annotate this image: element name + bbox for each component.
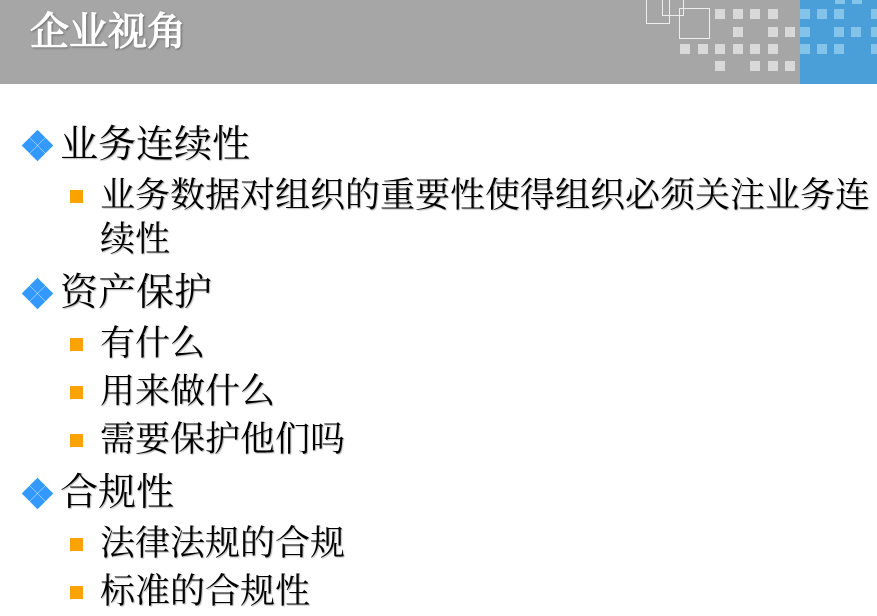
decor-square <box>768 61 778 71</box>
slide: 企业视角 <box>0 0 877 616</box>
decor-blue-block <box>800 0 877 84</box>
list-item-label: 需要保护他们吗 <box>100 418 877 462</box>
decor-square <box>733 44 743 54</box>
list-item-l2: 需要保护他们吗 <box>70 418 877 462</box>
list-item-l2: 用来做什么 <box>70 370 877 414</box>
decor-outline-square <box>662 0 684 16</box>
decor-square <box>715 9 725 19</box>
square-bullet-icon <box>70 522 100 566</box>
list-item-l1: 业务连续性 <box>24 120 877 170</box>
list-item-label: 有什么 <box>100 322 877 366</box>
decor-square <box>817 44 827 54</box>
square-bullet-icon <box>70 370 100 414</box>
list-item-label: 合规性 <box>60 468 877 518</box>
bullet-list: 业务连续性 业务数据对组织的重要性使得组织必须关注业务连续性 资产保护 有什么 … <box>0 84 877 614</box>
page-title: 企业视角 <box>30 7 186 59</box>
decor-square <box>715 44 725 54</box>
list-item-l2: 标准的合规性 <box>70 570 877 614</box>
decor-square <box>768 9 778 19</box>
decor-outline-square <box>679 8 710 39</box>
decor-square <box>835 0 845 4</box>
four-diamond-bullet-icon <box>24 120 60 170</box>
decor-square <box>750 44 760 54</box>
list-item-l1: 合规性 <box>24 468 877 518</box>
decor-square <box>800 44 810 54</box>
square-bullet-icon <box>70 174 100 218</box>
list-item-label: 业务连续性 <box>60 120 877 170</box>
decor-square <box>852 0 862 4</box>
decor-square <box>785 27 795 37</box>
decor-square <box>871 9 877 19</box>
list-item-label: 法律法规的合规 <box>100 522 877 566</box>
list-item-label: 资产保护 <box>60 268 877 318</box>
square-bullet-icon <box>70 322 100 366</box>
decor-square <box>768 27 778 37</box>
decor-square <box>834 44 844 54</box>
square-bullet-icon <box>70 418 100 462</box>
list-item-label: 业务数据对组织的重要性使得组织必须关注业务连续性 <box>100 174 877 262</box>
list-item-l2: 法律法规的合规 <box>70 522 877 566</box>
decor-square <box>768 44 778 54</box>
decor-square <box>680 44 690 54</box>
decor-square <box>817 9 827 19</box>
decor-square <box>834 27 844 37</box>
decor-square <box>800 27 810 37</box>
four-diamond-bullet-icon <box>24 468 60 518</box>
list-item-l1: 资产保护 <box>24 268 877 318</box>
decor-square <box>871 27 877 37</box>
decor-square <box>715 61 725 71</box>
decor-square <box>785 61 795 71</box>
decor-square <box>698 44 708 54</box>
decor-square <box>800 9 810 19</box>
list-item-l2: 业务数据对组织的重要性使得组织必须关注业务连续性 <box>70 174 877 262</box>
list-item-l2: 有什么 <box>70 322 877 366</box>
title-bar: 企业视角 <box>0 0 877 84</box>
decor-square <box>750 9 760 19</box>
square-bullet-icon <box>70 570 100 614</box>
decor-square <box>750 61 760 71</box>
decor-square <box>834 9 844 19</box>
decor-square <box>871 44 877 54</box>
decor-square <box>851 27 861 37</box>
decor-outline-square <box>646 0 670 24</box>
list-item-label: 标准的合规性 <box>100 570 877 614</box>
list-item-label: 用来做什么 <box>100 370 877 414</box>
decor-square <box>733 9 743 19</box>
four-diamond-bullet-icon <box>24 268 60 318</box>
decor-square <box>733 27 743 37</box>
